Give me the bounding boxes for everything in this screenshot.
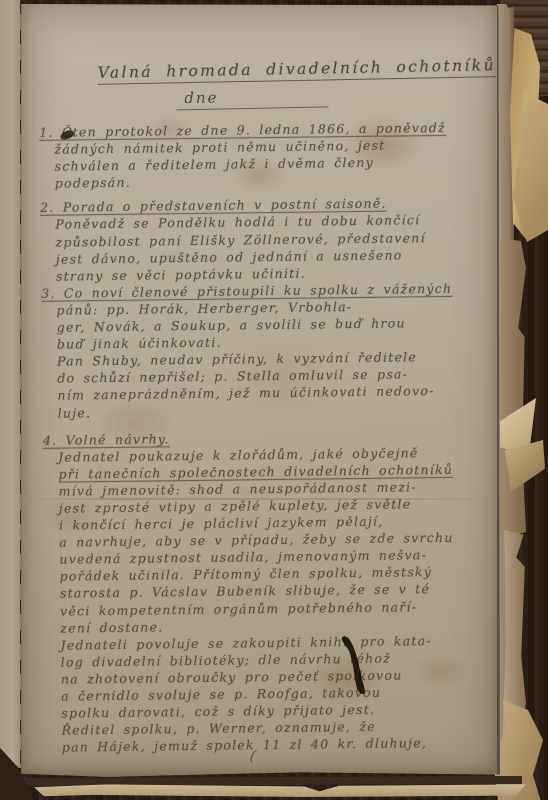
ink-blot [330,636,382,696]
torn-page-edge [500,238,526,538]
under-page-edge [34,783,526,797]
manuscript-lines: 1. Čten protokol ze dne 9. ledna 1866, a… [54,118,498,756]
page-bottom-shadow [22,776,522,786]
page-subtitle: dne [176,86,329,110]
facing-page-edge [0,0,21,768]
document-heading: Valná hromada divadelních ochotníků dne [98,56,497,112]
